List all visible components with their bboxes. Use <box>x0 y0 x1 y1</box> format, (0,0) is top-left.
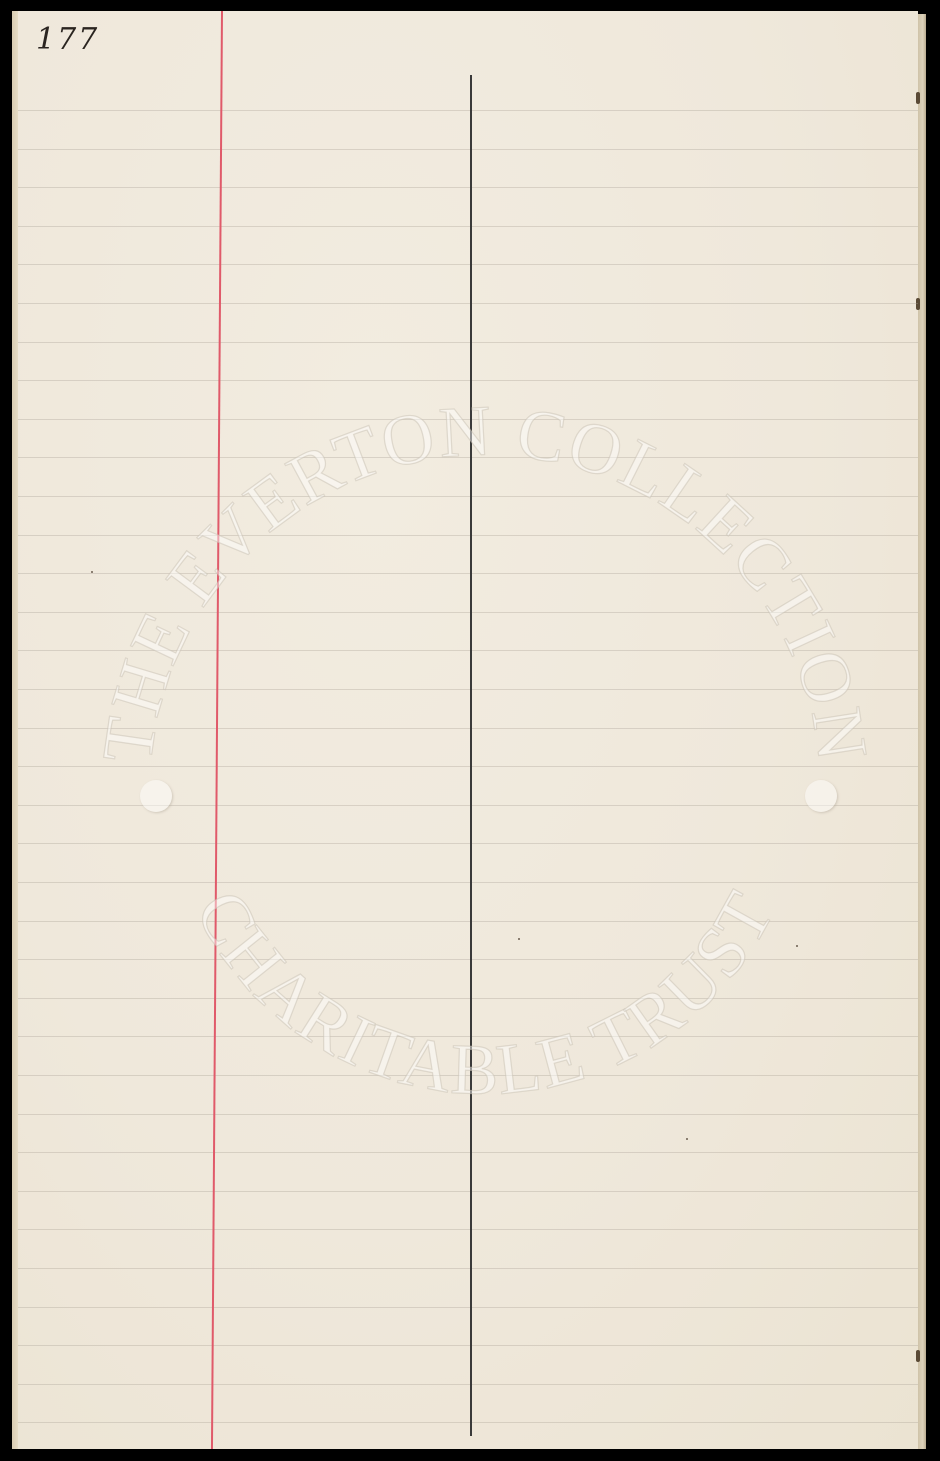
watermark-dot-right <box>805 780 837 812</box>
ruled-line <box>18 1345 918 1346</box>
ruled-line <box>18 419 918 420</box>
ruled-line <box>18 303 918 304</box>
ruled-line <box>18 264 918 265</box>
ruled-line <box>18 535 918 536</box>
ruled-line <box>18 921 918 922</box>
ruled-line <box>18 1384 918 1385</box>
ruled-line <box>18 342 918 343</box>
paper-speck <box>518 938 520 940</box>
paper-speck <box>91 571 93 573</box>
ruled-line <box>18 612 918 613</box>
ruled-line <box>18 728 918 729</box>
ruled-line <box>18 457 918 458</box>
ruled-line <box>18 1422 918 1423</box>
ruled-line <box>18 959 918 960</box>
page-number: 177 <box>36 22 99 57</box>
ruled-line <box>18 149 918 150</box>
ruled-line <box>18 998 918 999</box>
ruled-line <box>18 380 918 381</box>
ruled-line <box>18 843 918 844</box>
paper-speck <box>686 1138 688 1140</box>
ruled-line <box>18 766 918 767</box>
ruled-line <box>18 187 918 188</box>
column-rule <box>470 75 472 1436</box>
ruled-line <box>18 226 918 227</box>
ruled-line <box>18 882 918 883</box>
ruled-line <box>18 1191 918 1192</box>
ruled-line <box>18 1307 918 1308</box>
ruled-line <box>18 650 918 651</box>
ruled-line <box>18 496 918 497</box>
ruled-line <box>18 1114 918 1115</box>
ruled-line <box>18 1075 918 1076</box>
ruled-line <box>18 110 918 111</box>
ruled-line <box>18 1152 918 1153</box>
ruled-line <box>18 1229 918 1230</box>
ruled-line <box>18 573 918 574</box>
ruled-line <box>18 689 918 690</box>
ruled-lines <box>18 0 918 1449</box>
ruled-line <box>18 1268 918 1269</box>
page-edge-right <box>918 14 926 1449</box>
watermark-dot-left <box>140 780 172 812</box>
ruled-line <box>18 1036 918 1037</box>
paper-speck <box>796 945 798 947</box>
